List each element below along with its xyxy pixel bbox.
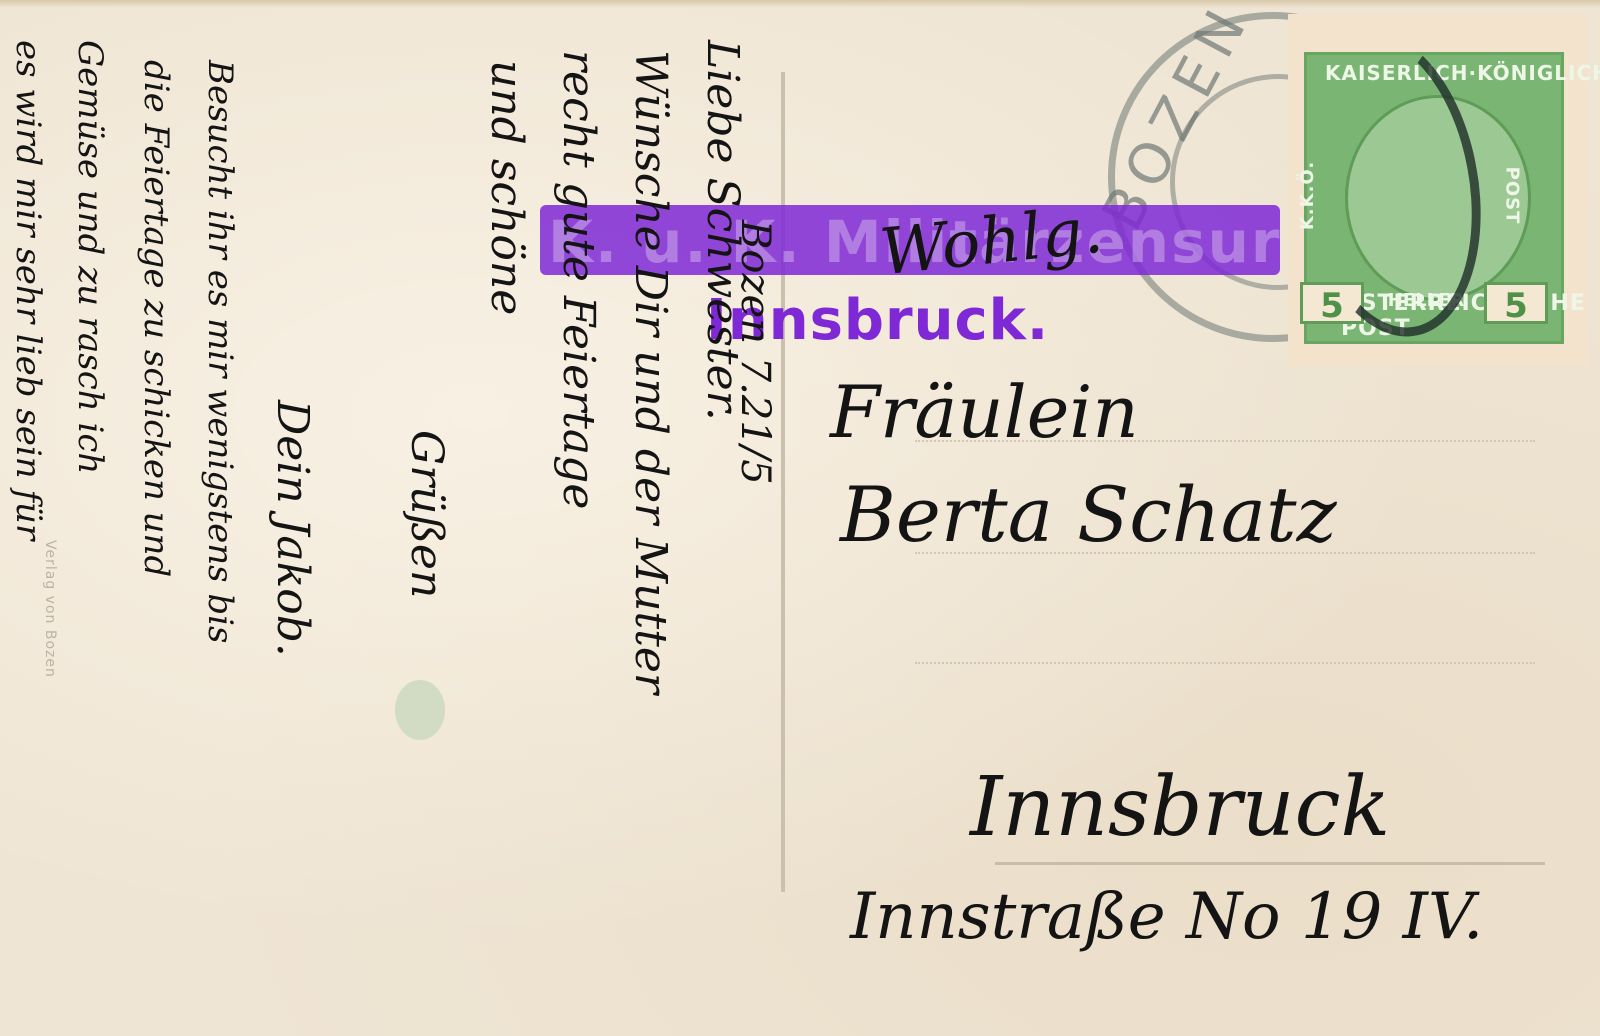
postcard-back: BOZEN KAISERLICH·KÖNIGLICHE ÖSTERREICHIS… [0,0,1600,1036]
message-line: Wünsche Dir und der Mutter [625,50,676,694]
message-line: recht gute Feiertage [553,50,604,509]
card-edge [0,0,1600,8]
message-line: die Feiertage zu schicken und [136,60,176,577]
publisher-imprint: Verlag von Bozen [42,540,58,678]
message-line: Gemüse und zu rasch ich [70,40,110,474]
message-line: Liebe Schwester. [697,40,748,421]
ink-stain [395,680,445,740]
address-title: Fräulein [830,370,1139,454]
address-line [995,862,1545,865]
message-line: Grüßen [401,430,452,598]
stamp-right-text: POST [1501,167,1522,225]
address-recipient-name: Berta Schatz [840,470,1337,559]
message-signature: Dein Jakob. [267,400,318,657]
address-line [915,662,1535,664]
message-line: es wird mir sehr lieb sein für [8,40,48,540]
message-line: Besucht ihr es mir wenigstens bis [200,60,240,643]
stamp-value-right: 5 [1484,282,1548,324]
message-line: und schöne [481,60,532,315]
postcard-divider-line [781,72,785,892]
address-street: Innstraße No 19 IV. [850,880,1483,954]
address-city: Innsbruck [970,760,1390,855]
